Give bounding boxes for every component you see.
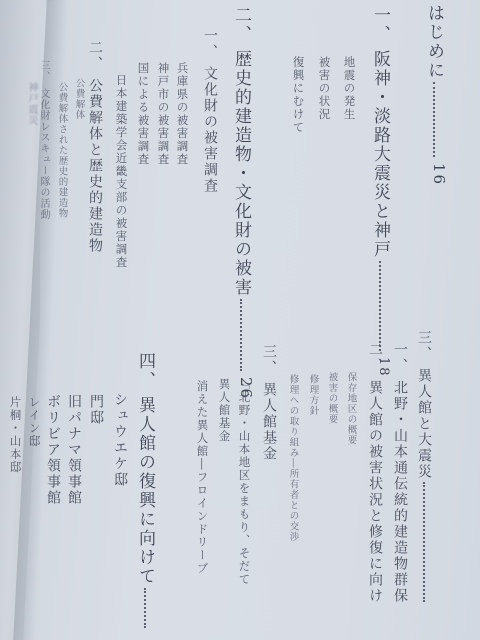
section-marker: 三、 [38, 60, 48, 82]
dot-leader [379, 261, 381, 351]
section-marker: 一、 [393, 342, 407, 374]
section-title: 異人館の復興に向けて [135, 396, 155, 586]
entry-title: 阪神・淡路大震災と神戸 [370, 50, 390, 259]
section-title: 文化財の被害調査 [202, 66, 218, 194]
book-photo: 神戸震災 はじめに16 一、阪神・淡路大震災と神戸18 地震の発生 被害の状況 … [0, 0, 480, 640]
toc-item[interactable]: 被害の概要 [327, 372, 337, 425]
toc-section-2-1[interactable]: 一、文化財の被害調査 [203, 28, 217, 194]
page-number: 16 [431, 163, 446, 186]
chapter-marker: 一、 [371, 6, 388, 44]
section-marker: 一、 [203, 28, 217, 60]
dot-leader [144, 588, 146, 628]
dot-leader [240, 299, 242, 371]
toc-item[interactable]: 保存地区の概要 [346, 372, 356, 446]
entry-title: はじめに [424, 4, 444, 80]
toc-item[interactable]: 公費解体 [74, 78, 84, 120]
toc-section-2-2[interactable]: 二、公費解体と歴史的建造物 [88, 40, 102, 254]
toc-item[interactable]: レイン邸 [28, 396, 40, 448]
section-marker: 二、 [368, 342, 382, 374]
entry-title: 異人館と大震災 [416, 368, 432, 480]
left-page-text: 神戸震災 [24, 82, 39, 126]
toc-section-2-3[interactable]: 三、文化財レスキュー隊の活動 [38, 60, 48, 220]
toc-item[interactable]: 修理への取り組み―所有者との交渉 [288, 374, 298, 542]
toc-item[interactable]: 日本建築学会近畿支部の被害調査 [115, 74, 127, 269]
entry-title: 歴史的建造物・文化財の被害 [231, 50, 251, 297]
toc-item[interactable]: 旧パナマ領事館 [67, 394, 81, 506]
toc-item[interactable]: 国による被害調査 [137, 62, 149, 166]
toc-section-3-1[interactable]: 一、北野・山本通伝統的建造物群保 [393, 342, 407, 604]
toc-entry-chapter-3[interactable]: 三、異人館と大震災 [417, 330, 431, 604]
toc-item[interactable]: シュウエケ邸 [113, 392, 127, 488]
chapter-marker: 二、 [232, 6, 249, 44]
toc-item[interactable]: 地震の発生 [343, 56, 355, 121]
toc-item[interactable]: 兵庫県の被害調査 [176, 62, 188, 166]
section-marker: 三、 [262, 344, 276, 376]
section-title: 異人館基金 [261, 382, 277, 462]
dot-leader [423, 482, 425, 602]
toc-section-3-2[interactable]: 二、異人館の被害状況と修復に向け [368, 342, 382, 604]
section-title: 公費解体と歴史的建造物 [87, 78, 103, 254]
dot-leader [433, 82, 435, 157]
toc-item[interactable]: 修理方針 [308, 374, 318, 416]
section-title: 北野・山本通伝統的建造物群保 [392, 380, 408, 604]
toc-entry-intro[interactable]: はじめに16 [425, 4, 446, 186]
toc-item[interactable]: 消えた異人館―フロインドリーブ [196, 380, 208, 575]
section-title: 文化財レスキュー隊の活動 [38, 88, 49, 220]
toc-item[interactable]: 神戸市の被害調査 [157, 62, 169, 166]
toc-item[interactable]: 被害の状況 [318, 56, 330, 121]
toc-entry-chapter-1[interactable]: 一、阪神・淡路大震災と神戸18 [371, 6, 390, 378]
toc-item[interactable]: 公費解体された歴史的建造物 [57, 82, 67, 219]
toc-item[interactable]: 片桐・山本邸 [9, 396, 21, 474]
section-title: 異人館の被害状況と修復に向け [367, 380, 383, 604]
toc-entry-chapter-2[interactable]: 二、歴史的建造物・文化財の被害26 [232, 6, 253, 400]
toc-item[interactable]: ボリビア領事館 [46, 394, 60, 506]
toc-item[interactable]: 異人館基金 [218, 378, 230, 443]
toc-item[interactable]: 復興にむけて [292, 56, 304, 134]
toc-section-3-4[interactable]: 四、異人館の復興に向けて [136, 352, 153, 630]
toc-page [40, 0, 480, 640]
chapter-marker: 三、 [417, 330, 431, 362]
section-marker: 四、 [136, 352, 153, 390]
toc-item[interactable]: 「北野・山本地区をまもり、そだて [238, 378, 250, 586]
toc-item[interactable]: 門邸 [89, 394, 103, 426]
toc-section-3-3[interactable]: 三、異人館基金 [262, 344, 276, 462]
section-marker: 二、 [88, 40, 102, 72]
